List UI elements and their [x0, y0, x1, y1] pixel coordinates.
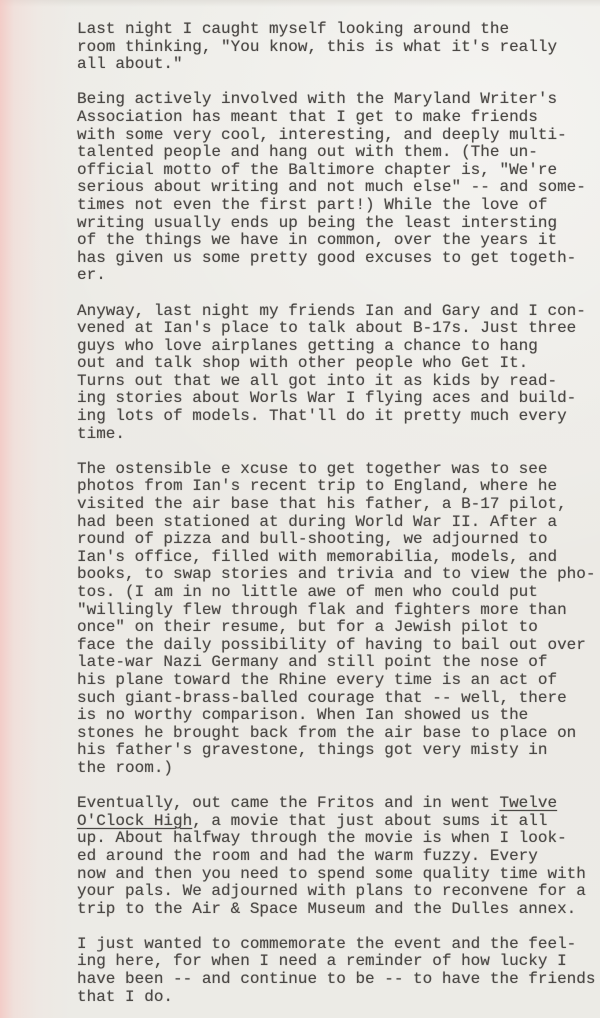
text-line: now and then you need to spend some qual…: [77, 866, 598, 884]
text-segment: all about.": [77, 55, 183, 73]
text-line: your pals. We adjourned with plans to re…: [77, 883, 598, 901]
text-line: all about.": [77, 56, 598, 74]
text-line: ing here, for when I need a reminder of …: [77, 953, 598, 971]
text-line: out and talk shop with other people who …: [77, 355, 598, 373]
text-line: vened at Ian's place to talk about B-17s…: [77, 320, 598, 338]
text-line: ed around the room and had the warm fuzz…: [77, 848, 598, 866]
text-segment: had been stationed at during World War I…: [77, 513, 557, 531]
text-line: up. About halfway through the movie is w…: [77, 830, 598, 848]
text-line: of the things we have in common, over th…: [77, 232, 598, 250]
underlined-text: Twelve: [499, 794, 557, 812]
text-segment: Anyway, last night my friends Ian and Ga…: [77, 302, 586, 320]
text-segment: stones he brought back from the air base…: [77, 724, 576, 742]
text-segment: his father's gravestone, things got very…: [77, 741, 547, 759]
text-segment: has given us some pretty good excuses to…: [77, 249, 576, 267]
text-segment: official motto of the Baltimore chapter …: [77, 161, 557, 179]
text-segment: time.: [77, 425, 125, 443]
text-segment: ing stories about Worls War I flying ace…: [77, 389, 576, 407]
text-line: Being actively involved with the Marylan…: [77, 91, 598, 109]
text-segment: once" on their resume, but for a Jewish …: [77, 618, 538, 636]
text-segment: such giant-brass-balled courage that -- …: [77, 689, 567, 707]
text-segment: ed around the room and had the warm fuzz…: [77, 847, 538, 865]
text-line: ing stories about Worls War I flying ace…: [77, 390, 598, 408]
text-line: such giant-brass-balled courage that -- …: [77, 690, 598, 708]
text-line: talented people and hang out with them. …: [77, 144, 598, 162]
text-line: er.: [77, 267, 598, 285]
text-segment: Last night I caught myself looking aroun…: [77, 20, 509, 38]
text-segment: round of pizza and bull-shooting, we adj…: [77, 530, 547, 548]
text-line: the room.): [77, 760, 598, 778]
paragraph: Being actively involved with the Marylan…: [77, 91, 598, 285]
text-line: Ian's office, filled with memorabilia, m…: [77, 549, 598, 567]
text-line: The ostensible e xcuse to get together w…: [77, 461, 598, 479]
text-line: face the daily possibility of having to …: [77, 637, 598, 655]
text-segment: that I do.: [77, 988, 173, 1006]
text-segment: "willingly flew through flak and fighter…: [77, 601, 567, 619]
text-line: that I do.: [77, 989, 598, 1007]
text-segment: with some very cool, interesting, and de…: [77, 126, 567, 144]
text-line: once" on their resume, but for a Jewish …: [77, 619, 598, 637]
text-line: is no worthy comparison. When Ian showed…: [77, 707, 598, 725]
text-segment: books, to swap stories and trivia and to…: [77, 565, 595, 583]
text-segment: have been -- and continue to be -- to ha…: [77, 970, 595, 988]
text-segment: Turns out that we all got into it as kid…: [77, 372, 557, 390]
text-segment: of the things we have in common, over th…: [77, 231, 557, 249]
text-segment: Being actively involved with the Marylan…: [77, 90, 557, 108]
paragraph: Eventually, out came the Fritos and in w…: [77, 795, 598, 918]
paragraph: I just wanted to commemorate the event a…: [77, 936, 598, 1006]
text-segment: talented people and hang out with them. …: [77, 143, 538, 161]
text-segment: serious about writing and not much else"…: [77, 178, 586, 196]
text-line: guys who love airplanes getting a chance…: [77, 338, 598, 356]
text-segment: Ian's office, filled with memorabilia, m…: [77, 548, 557, 566]
text-line: round of pizza and bull-shooting, we adj…: [77, 531, 598, 549]
text-segment: out and talk shop with other people who …: [77, 354, 528, 372]
text-line: Last night I caught myself looking aroun…: [77, 21, 598, 39]
text-segment: is no worthy comparison. When Ian showed…: [77, 706, 528, 724]
text-segment: up. About halfway through the movie is w…: [77, 829, 567, 847]
text-segment: ing lots of models. That'll do it pretty…: [77, 407, 567, 425]
text-line: stones he brought back from the air base…: [77, 725, 598, 743]
text-line: serious about writing and not much else"…: [77, 179, 598, 197]
document-text: Last night I caught myself looking aroun…: [0, 0, 600, 1006]
text-segment: vened at Ian's place to talk about B-17s…: [77, 319, 576, 337]
text-line: Anyway, last night my friends Ian and Ga…: [77, 303, 598, 321]
text-line: Turns out that we all got into it as kid…: [77, 373, 598, 391]
text-line: visited the air base that his father, a …: [77, 496, 598, 514]
text-line: times not even the first part!) While th…: [77, 197, 598, 215]
text-segment: late-war Nazi Germany and still point th…: [77, 653, 547, 671]
text-line: his plane toward the Rhine every time is…: [77, 672, 598, 690]
text-line: ing lots of models. That'll do it pretty…: [77, 408, 598, 426]
text-line: Association has meant that I get to make…: [77, 109, 598, 127]
text-line: late-war Nazi Germany and still point th…: [77, 654, 598, 672]
text-segment: , a movie that just about sums it all: [192, 812, 547, 830]
text-line: O'Clock High, a movie that just about su…: [77, 813, 598, 831]
text-segment: his plane toward the Rhine every time is…: [77, 671, 557, 689]
text-segment: guys who love airplanes getting a chance…: [77, 337, 538, 355]
text-segment: room thinking, "You know, this is what i…: [77, 38, 557, 56]
text-line: room thinking, "You know, this is what i…: [77, 39, 598, 57]
text-line: time.: [77, 426, 598, 444]
text-segment: tos. (I am in no little awe of men who c…: [77, 583, 538, 601]
text-line: Eventually, out came the Fritos and in w…: [77, 795, 598, 813]
text-segment: Association has meant that I get to make…: [77, 108, 538, 126]
text-line: with some very cool, interesting, and de…: [77, 127, 598, 145]
text-segment: writing usually ends up being the least …: [77, 214, 557, 232]
text-segment: your pals. We adjourned with plans to re…: [77, 882, 586, 900]
text-line: have been -- and continue to be -- to ha…: [77, 971, 598, 989]
text-line: "willingly flew through flak and fighter…: [77, 602, 598, 620]
text-segment: trip to the Air & Space Museum and the D…: [77, 900, 576, 918]
text-line: had been stationed at during World War I…: [77, 514, 598, 532]
text-segment: now and then you need to spend some qual…: [77, 865, 586, 883]
text-line: writing usually ends up being the least …: [77, 215, 598, 233]
underlined-text: O'Clock High: [77, 812, 192, 830]
paragraph: The ostensible e xcuse to get together w…: [77, 461, 598, 778]
typewritten-page: Last night I caught myself looking aroun…: [0, 0, 600, 1018]
paragraph: Anyway, last night my friends Ian and Ga…: [77, 303, 598, 444]
text-line: tos. (I am in no little awe of men who c…: [77, 584, 598, 602]
text-line: has given us some pretty good excuses to…: [77, 250, 598, 268]
paragraph: Last night I caught myself looking aroun…: [77, 21, 598, 74]
text-segment: face the daily possibility of having to …: [77, 636, 586, 654]
text-line: I just wanted to commemorate the event a…: [77, 936, 598, 954]
text-segment: photos from Ian's recent trip to England…: [77, 477, 557, 495]
text-segment: Eventually, out came the Fritos and in w…: [77, 794, 499, 812]
text-line: official motto of the Baltimore chapter …: [77, 162, 598, 180]
text-line: his father's gravestone, things got very…: [77, 742, 598, 760]
text-segment: er.: [77, 266, 106, 284]
text-segment: I just wanted to commemorate the event a…: [77, 935, 576, 953]
text-line: books, to swap stories and trivia and to…: [77, 566, 598, 584]
text-segment: ing here, for when I need a reminder of …: [77, 952, 567, 970]
text-segment: times not even the first part!) While th…: [77, 196, 547, 214]
text-line: photos from Ian's recent trip to England…: [77, 478, 598, 496]
text-segment: the room.): [77, 759, 173, 777]
text-segment: visited the air base that his father, a …: [77, 495, 567, 513]
text-line: trip to the Air & Space Museum and the D…: [77, 901, 598, 919]
text-segment: The ostensible e xcuse to get together w…: [77, 460, 547, 478]
